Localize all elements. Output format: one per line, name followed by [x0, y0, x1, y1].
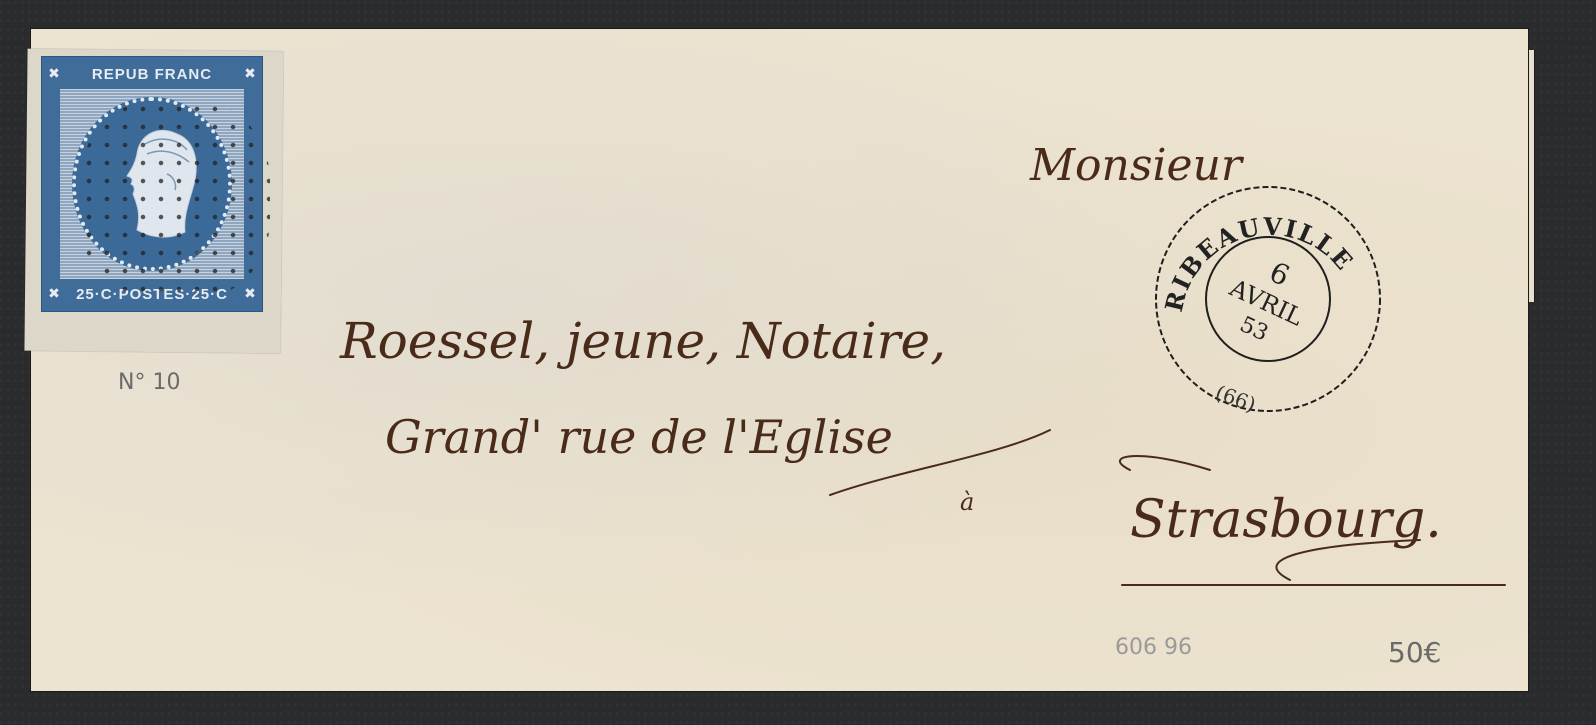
stamp-medallion [72, 97, 232, 271]
pencil-catalog-number: N° 10 [118, 370, 180, 395]
address-city: Strasbourg. [1130, 490, 1442, 550]
pencil-note-bottom: 606 96 [1115, 635, 1192, 660]
portrait-profile-icon [107, 114, 207, 254]
circular-date-postmark: RIBEAUVILLE 6 AVRIL 53 (66) [1152, 183, 1384, 415]
postage-stamp: ✖ ✖ ✖ ✖ REPUB FRANC 25·C·POSTES·25·C [41, 56, 263, 312]
address-line-a: à [960, 488, 974, 516]
stamp-top-inscription: REPUB FRANC [42, 61, 262, 87]
postmark-day: 6 [1265, 255, 1295, 292]
address-line-name: Roessel, jeune, Notaire, [340, 312, 946, 370]
stamp-frame [60, 89, 244, 279]
address-line-street: Grand' rue de l'Eglise [385, 410, 893, 464]
postmark-department: (66) [1212, 380, 1259, 417]
stamp-bottom-inscription: 25·C·POSTES·25·C [42, 281, 262, 307]
pencil-price: 50€ [1388, 636, 1441, 669]
